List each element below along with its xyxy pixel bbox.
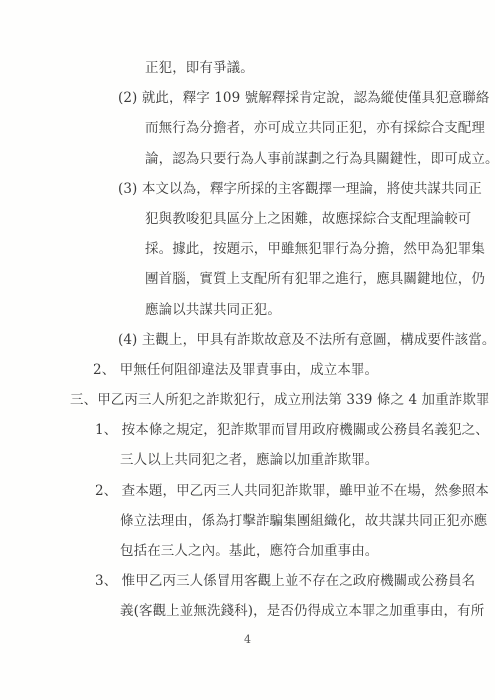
doc-line: 2、 甲無任何阻卻違法及罪責事由，成立本罪。 [0,355,495,385]
doc-line: (2) 就此，釋字 109 號解釋採肯定說，認為縱使僅具犯意聯絡 [0,83,495,113]
doc-line: 1、 按本條之規定，犯詐欺罪而冒用政府機關或公務員名義犯之、 [0,415,495,445]
doc-line: (4) 主觀上，甲具有詐欺故意及不法所有意圖，構成要件該當。 [0,325,495,355]
doc-line: 義(客觀上並無洗錢科)，是否仍得成立本罪之加重事由，有所 [0,596,495,626]
document-page: 正犯，即有爭議。 (2) 就此，釋字 109 號解釋採肯定說，認為縱使僅具犯意聯… [0,0,495,700]
doc-line: 採。據此，按題示，甲雖無犯罪行為分擔，然甲為犯罪集 [0,234,495,264]
document-body: 正犯，即有爭議。 (2) 就此，釋字 109 號解釋採肯定說，認為縱使僅具犯意聯… [0,0,495,627]
doc-line: 正犯，即有爭議。 [0,53,495,83]
doc-line: 2、 查本題，甲乙丙三人共同犯詐欺罪，雖甲並不在場，然參照本 [0,476,495,506]
doc-line: 團首腦，實質上支配所有犯罪之進行，應具關鍵地位，仍 [0,264,495,294]
doc-line: 包括在三人之內。基此，應符合加重事由。 [0,536,495,566]
page-number: 4 [0,632,495,648]
doc-line: 三、甲乙丙三人所犯之詐欺犯行，成立刑法第 339 條之 4 加重詐欺罪 [0,385,495,415]
doc-line: 3、 惟甲乙丙三人係冒用客觀上並不存在之政府機關或公務員名 [0,566,495,596]
doc-line: 三人以上共同犯之者，應論以加重詐欺罪。 [0,445,495,475]
doc-line: 論，認為只要行為人事前謀劃之行為具關鍵性，即可成立。 [0,144,495,174]
doc-line: (3) 本文以為，釋字所採的主客觀擇一理論，將使共謀共同正 [0,174,495,204]
doc-line: 而無行為分擔者，亦可成立共同正犯，亦有採綜合支配理 [0,113,495,143]
doc-line: 犯與教唆犯具區分上之困難，故應採綜合支配理論較可 [0,204,495,234]
doc-line: 應論以共謀共同正犯。 [0,295,495,325]
doc-line: 條立法理由，係為打擊詐騙集團組織化，故共謀共同正犯亦應 [0,506,495,536]
